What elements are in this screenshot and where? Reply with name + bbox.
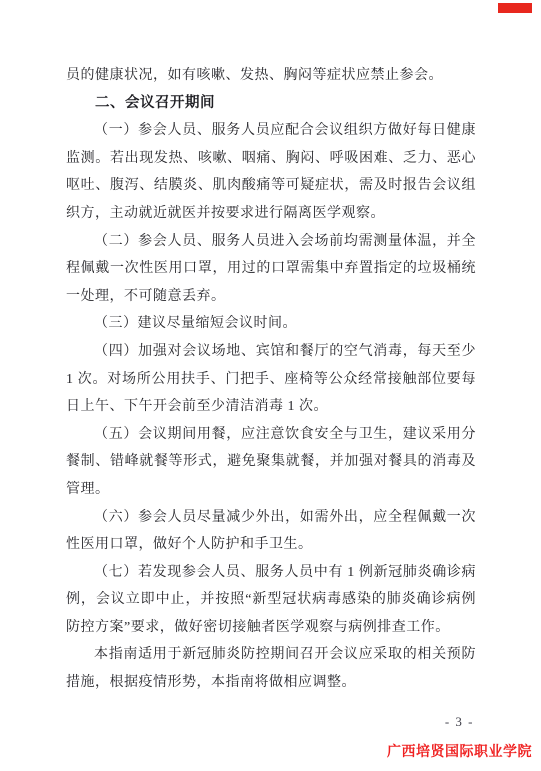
paragraph-5: （五）会议期间用餐，应注意饮食安全与卫生，建议采用分餐制、错峰就餐等形式，避免聚… <box>66 421 476 504</box>
document-page: 员的健康状况，如有咳嗽、发热、胸闷等症状应禁止参会。 二、会议召开期间 （一）参… <box>0 0 541 771</box>
section-heading: 二、会议召开期间 <box>66 90 476 118</box>
paragraph-4: （四）加强对会议场地、宾馆和餐厅的空气消毒，每天至少 1 次。对场所公用扶手、门… <box>66 338 476 421</box>
paragraph-6: （六）参会人员尽量减少外出，如需外出，应全程佩戴一次性医用口罩，做好个人防护和手… <box>66 504 476 559</box>
continuation-line: 员的健康状况，如有咳嗽、发热、胸闷等症状应禁止参会。 <box>66 62 476 90</box>
red-mark <box>498 3 532 13</box>
paragraph-3: （三）建议尽量缩短会议时间。 <box>66 310 476 338</box>
paragraph-1: （一）参会人员、服务人员应配合会议组织方做好每日健康监测。若出现发热、咳嗽、咽痛… <box>66 117 476 227</box>
page-number: - 3 - <box>445 714 474 730</box>
document-body: 员的健康状况，如有咳嗽、发热、胸闷等症状应禁止参会。 二、会议召开期间 （一）参… <box>66 62 476 697</box>
paragraph-7: （七）若发现参会人员、服务人员中有 1 例新冠肺炎确诊病例，会议立即中止，并按照… <box>66 559 476 642</box>
paragraph-2: （二）参会人员、服务人员进入会场前均需测量体温，并全程佩戴一次性医用口罩，用过的… <box>66 228 476 311</box>
footer-institution-name: 广西培贤国际职业学院 <box>387 741 532 761</box>
closing-paragraph: 本指南适用于新冠肺炎防控期间召开会议应采取的相关预防措施，根据疫情形势，本指南将… <box>66 641 476 696</box>
